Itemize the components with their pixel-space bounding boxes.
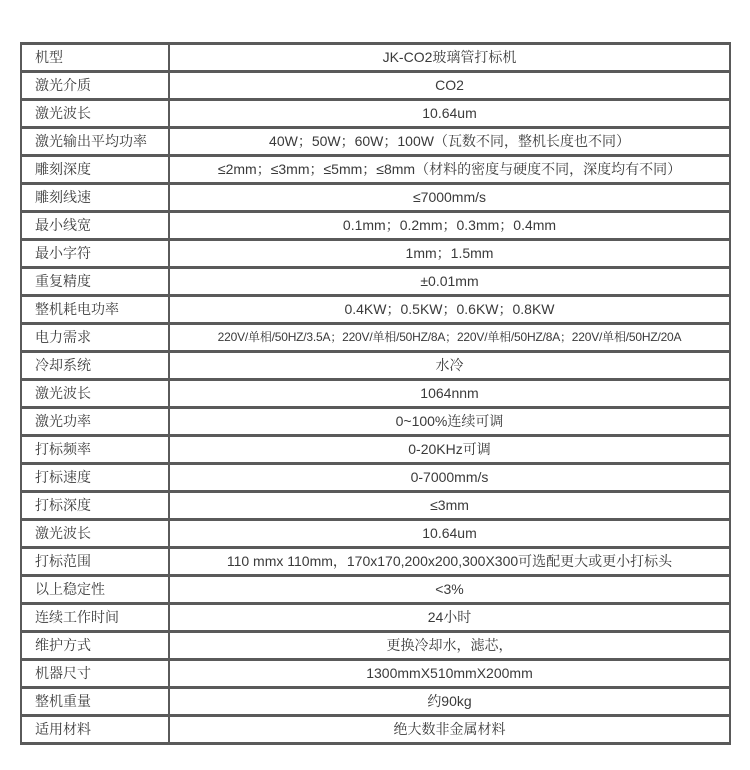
spec-value: 0-7000mm/s xyxy=(169,464,730,492)
spec-value: 0.4KW；0.5KW；0.6KW；0.8KW xyxy=(169,296,730,324)
table-row: 机型JK-CO2玻璃管打标机 xyxy=(21,44,730,72)
table-row: 整机耗电功率0.4KW；0.5KW；0.6KW；0.8KW xyxy=(21,296,730,324)
spec-table-body: 机型JK-CO2玻璃管打标机激光介质CO2激光波长10.64um激光输出平均功率… xyxy=(21,44,730,744)
spec-label: 激光波长 xyxy=(21,100,169,128)
table-row: 激光介质CO2 xyxy=(21,72,730,100)
table-row: 连续工作时间24小时 xyxy=(21,604,730,632)
spec-label: 以上稳定性 xyxy=(21,576,169,604)
table-row: 激光波长1064nnm xyxy=(21,380,730,408)
table-row: 雕刻深度≤2mm；≤3mm；≤5mm；≤8mm（材料的密度与硬度不同，深度均有不… xyxy=(21,156,730,184)
spec-label: 机型 xyxy=(21,44,169,72)
spec-label: 冷却系统 xyxy=(21,352,169,380)
spec-label: 激光介质 xyxy=(21,72,169,100)
spec-label: 最小字符 xyxy=(21,240,169,268)
spec-value: 1300mmX510mmX200mm xyxy=(169,660,730,688)
spec-value: 水冷 xyxy=(169,352,730,380)
table-row: 重复精度±0.01mm xyxy=(21,268,730,296)
table-row: 激光输出平均功率40W；50W；60W；100W（瓦数不同，整机长度也不同） xyxy=(21,128,730,156)
spec-label: 激光输出平均功率 xyxy=(21,128,169,156)
spec-label: 重复精度 xyxy=(21,268,169,296)
spec-label: 打标频率 xyxy=(21,436,169,464)
spec-label: 最小线宽 xyxy=(21,212,169,240)
table-row: 最小字符1mm；1.5mm xyxy=(21,240,730,268)
spec-label: 打标范围 xyxy=(21,548,169,576)
spec-value: 绝大数非金属材料 xyxy=(169,716,730,744)
spec-label: 电力需求 xyxy=(21,324,169,352)
spec-value: 约90kg xyxy=(169,688,730,716)
spec-label: 机器尺寸 xyxy=(21,660,169,688)
spec-value: 10.64um xyxy=(169,520,730,548)
spec-value: 40W；50W；60W；100W（瓦数不同，整机长度也不同） xyxy=(169,128,730,156)
table-row: 激光波长10.64um xyxy=(21,520,730,548)
spec-value: JK-CO2玻璃管打标机 xyxy=(169,44,730,72)
spec-sheet-page: 机型JK-CO2玻璃管打标机激光介质CO2激光波长10.64um激光输出平均功率… xyxy=(0,0,750,770)
spec-value: 10.64um xyxy=(169,100,730,128)
spec-label: 雕刻线速 xyxy=(21,184,169,212)
spec-value: 更换冷却水，滤芯， xyxy=(169,632,730,660)
table-row: 打标频率0-20KHz可调 xyxy=(21,436,730,464)
table-row: 打标速度0-7000mm/s xyxy=(21,464,730,492)
table-row: 打标深度≤3mm xyxy=(21,492,730,520)
spec-label: 激光波长 xyxy=(21,380,169,408)
spec-value: 110 mmx 110mm，170x170,200x200,300X300可选配… xyxy=(169,548,730,576)
table-row: 激光功率0~100%连续可调 xyxy=(21,408,730,436)
table-row: 打标范围110 mmx 110mm，170x170,200x200,300X30… xyxy=(21,548,730,576)
spec-label: 适用材料 xyxy=(21,716,169,744)
spec-label: 整机耗电功率 xyxy=(21,296,169,324)
spec-label: 打标速度 xyxy=(21,464,169,492)
spec-value: 1mm；1.5mm xyxy=(169,240,730,268)
spec-value: 24小时 xyxy=(169,604,730,632)
table-row: 维护方式更换冷却水，滤芯， xyxy=(21,632,730,660)
spec-value: 220V/单相/50HZ/3.5A；220V/单相/50HZ/8A；220V/单… xyxy=(169,324,730,352)
table-row: 雕刻线速≤7000mm/s xyxy=(21,184,730,212)
table-row: 机器尺寸1300mmX510mmX200mm xyxy=(21,660,730,688)
spec-value: ≤3mm xyxy=(169,492,730,520)
spec-table: 机型JK-CO2玻璃管打标机激光介质CO2激光波长10.64um激光输出平均功率… xyxy=(20,42,731,745)
table-row: 最小线宽0.1mm；0.2mm；0.3mm；0.4mm xyxy=(21,212,730,240)
spec-value: ±0.01mm xyxy=(169,268,730,296)
spec-value: CO2 xyxy=(169,72,730,100)
spec-value: <3% xyxy=(169,576,730,604)
spec-value: 1064nnm xyxy=(169,380,730,408)
spec-value: ≤7000mm/s xyxy=(169,184,730,212)
spec-label: 激光功率 xyxy=(21,408,169,436)
spec-value: ≤2mm；≤3mm；≤5mm；≤8mm（材料的密度与硬度不同，深度均有不同） xyxy=(169,156,730,184)
table-row: 电力需求220V/单相/50HZ/3.5A；220V/单相/50HZ/8A；22… xyxy=(21,324,730,352)
spec-label: 雕刻深度 xyxy=(21,156,169,184)
spec-value: 0.1mm；0.2mm；0.3mm；0.4mm xyxy=(169,212,730,240)
spec-label: 打标深度 xyxy=(21,492,169,520)
spec-value: 0-20KHz可调 xyxy=(169,436,730,464)
table-row: 激光波长10.64um xyxy=(21,100,730,128)
table-row: 整机重量约90kg xyxy=(21,688,730,716)
table-row: 以上稳定性<3% xyxy=(21,576,730,604)
table-row: 冷却系统水冷 xyxy=(21,352,730,380)
spec-value: 0~100%连续可调 xyxy=(169,408,730,436)
spec-label: 激光波长 xyxy=(21,520,169,548)
spec-label: 维护方式 xyxy=(21,632,169,660)
table-row: 适用材料绝大数非金属材料 xyxy=(21,716,730,744)
spec-label: 连续工作时间 xyxy=(21,604,169,632)
spec-label: 整机重量 xyxy=(21,688,169,716)
